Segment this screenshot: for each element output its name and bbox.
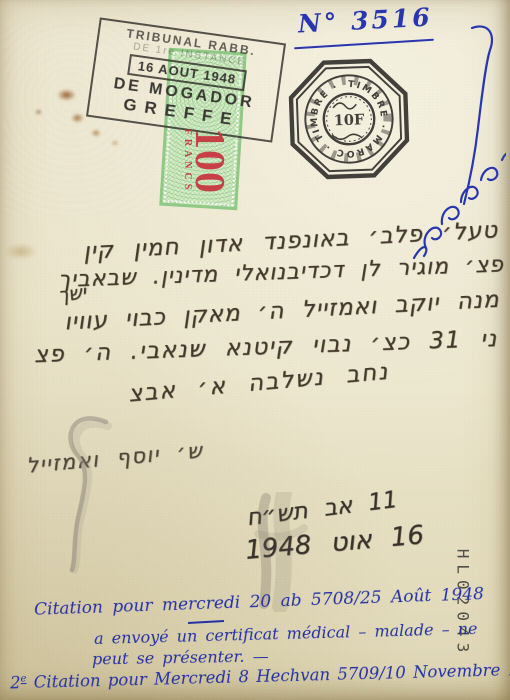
ink-stain <box>71 113 84 123</box>
pencil-flourish <box>36 402 136 577</box>
revenue-overprint: 100 FRANCS <box>177 113 229 209</box>
arabic-squiggle-bottom <box>332 134 362 140</box>
french-note-certificat: a envoyé un certificat médical – malade … <box>94 619 478 648</box>
signature-flourish <box>464 26 492 204</box>
ink-stain <box>57 89 76 101</box>
fiscal-stamp-octagon: TIMBRE · MAROC · TIMBRE · MAROC · 10F <box>279 53 419 186</box>
paper-stain <box>5 243 37 260</box>
french-note-presenter: peut se présenter. — <box>92 646 269 668</box>
citation2-number: 2 <box>10 673 21 692</box>
signature-script <box>414 151 506 258</box>
overprint-currency: FRANCS <box>182 129 193 194</box>
ink-stain <box>35 109 42 115</box>
pencil-stroke-echo <box>74 424 108 570</box>
scanned-document: TIMBRE · MAROC · TIMBRE · MAROC · 10F TR… <box>0 0 510 700</box>
hebrew-fragment: ישך <box>57 281 88 307</box>
ink-stain <box>91 129 101 137</box>
smudge-stroke <box>280 494 284 606</box>
hebrew-line-5: נחב נשלבה א׳ אבצ <box>128 359 391 408</box>
fiscal-stamp-value: 10F <box>333 111 365 129</box>
vertical-signature <box>402 18 506 268</box>
smudge-stroke <box>263 498 267 604</box>
citation-underline <box>188 620 224 624</box>
overprint-value: 100 <box>193 128 225 194</box>
arabic-squiggle-top <box>333 102 356 109</box>
ink-stain <box>111 140 119 146</box>
